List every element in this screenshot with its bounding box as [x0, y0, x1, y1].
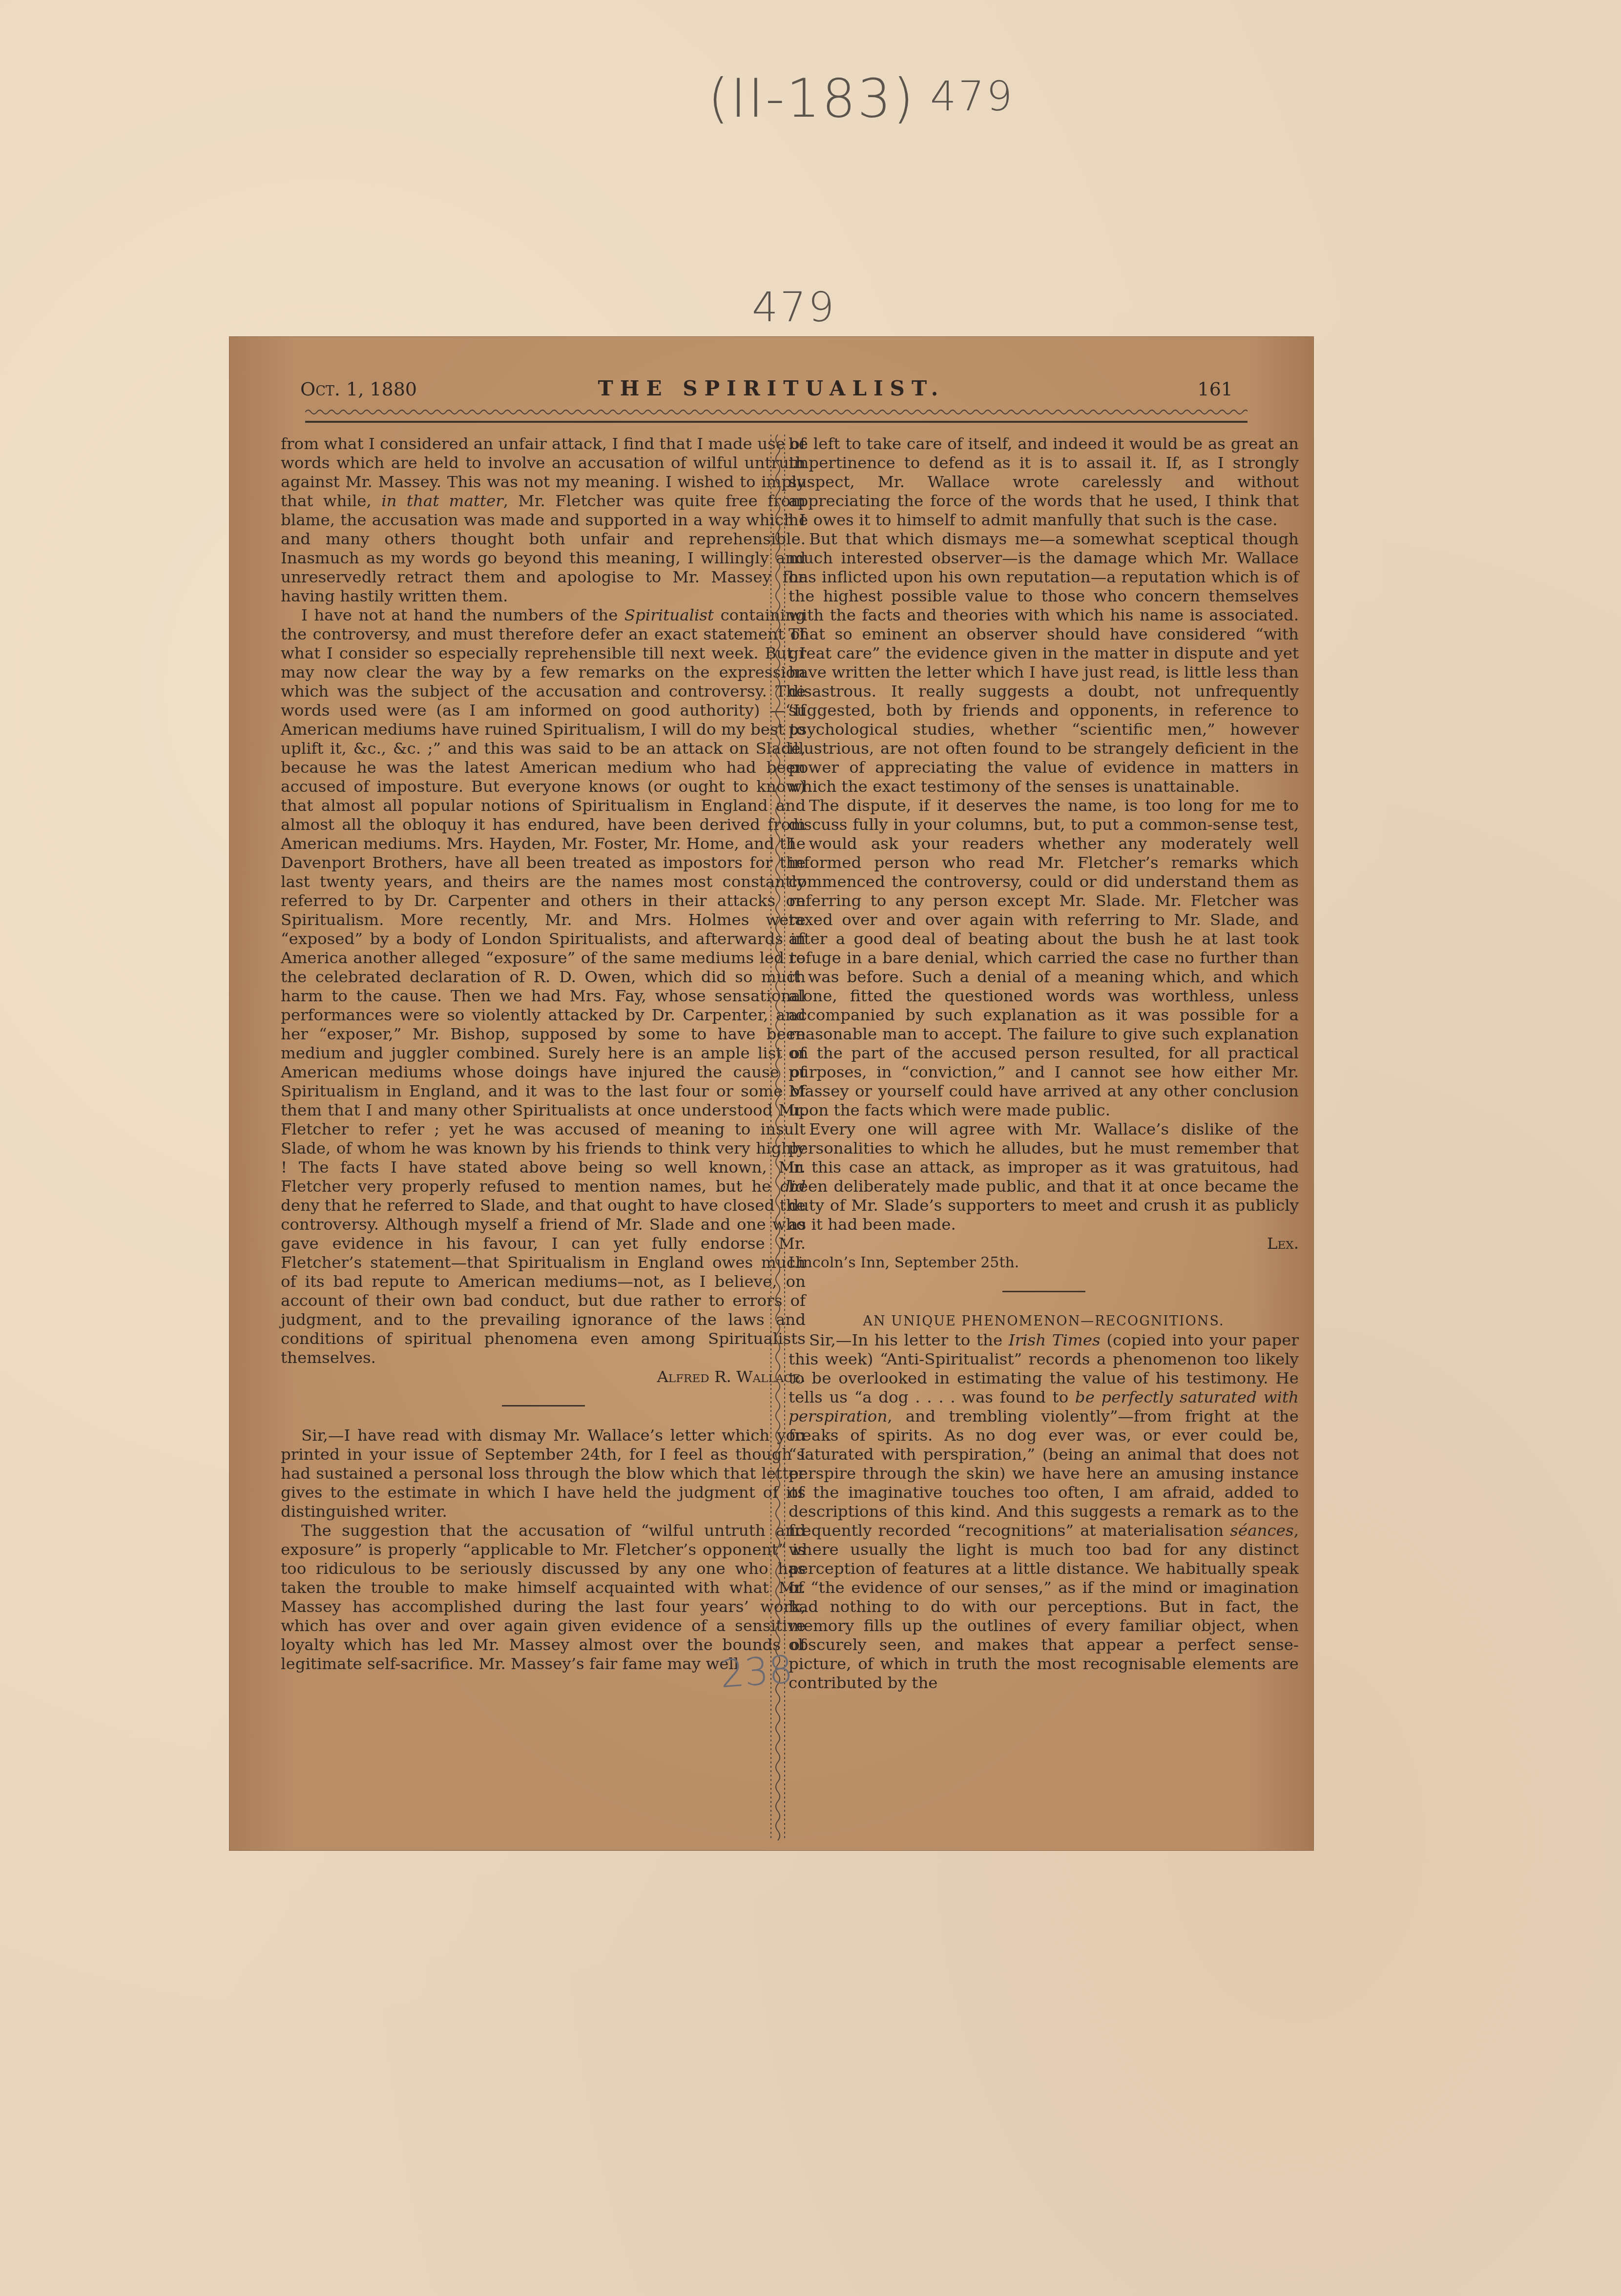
header-rule: [305, 421, 1247, 423]
paragraph: The suggestion that the accusation of “w…: [281, 1521, 806, 1674]
paragraph: The dispute, if it deserves the name, is…: [789, 796, 1299, 1120]
paragraph: I have not at hand the numbers of the Sp…: [281, 606, 806, 1367]
article-headline: An Unique Phenomenon—Recognitions.: [789, 1312, 1299, 1331]
paragraph: from what I considered an unfair attack,…: [281, 434, 806, 606]
archive-reference-annotation: (II-183): [708, 68, 915, 129]
dateline: Lincoln’s Inn, September 25th.: [789, 1253, 1299, 1272]
masthead: THE SPIRITUALIST.: [300, 376, 1243, 400]
left-column: from what I considered an unfair attack,…: [281, 434, 806, 1674]
folio-number-annotation-secondary: 479: [752, 283, 836, 331]
section-divider: [502, 1405, 585, 1407]
signature-lex: Lex.: [789, 1234, 1299, 1253]
signature-wallace: Alfred R. Wallace.: [281, 1367, 806, 1386]
paragraph: be left to take care of itself, and inde…: [789, 434, 1299, 530]
page-number: 161: [1197, 378, 1233, 400]
wavy-rule: [305, 408, 1247, 416]
pencil-annotation: 238: [719, 1648, 794, 1696]
paragraph: Every one will agree with Mr. Wallace’s …: [789, 1120, 1299, 1234]
paragraph: But that which dismays me—a somewhat sce…: [789, 530, 1299, 796]
paragraph: Sir,—I have read with dismay Mr. Wallace…: [281, 1426, 806, 1521]
section-divider: [1002, 1291, 1085, 1292]
column-divider: [769, 434, 787, 1841]
paragraph: Sir,—In his letter to the Irish Times (c…: [789, 1331, 1299, 1693]
running-head: Oct. 1, 1880 THE SPIRITUALIST. 161: [300, 378, 1243, 408]
folio-number-annotation: 479: [930, 72, 1014, 120]
newspaper-clipping: Oct. 1, 1880 THE SPIRITUALIST. 161 from …: [229, 337, 1313, 1850]
right-column: be left to take care of itself, and inde…: [789, 434, 1299, 1693]
